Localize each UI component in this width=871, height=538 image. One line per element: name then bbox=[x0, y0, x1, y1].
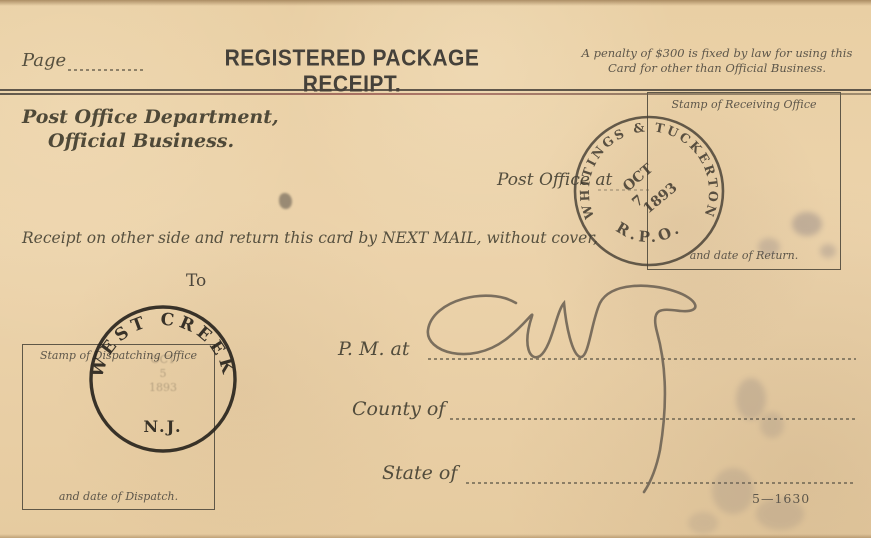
penalty-notice-line2: Card for other than Official Business. bbox=[568, 61, 866, 76]
ink-smudge bbox=[756, 498, 804, 530]
state-label: State of bbox=[382, 462, 457, 484]
penalty-notice-line1: A penalty of $300 is fixed by law for us… bbox=[568, 46, 866, 61]
page-label: Page bbox=[22, 50, 66, 71]
to-label: To bbox=[186, 271, 206, 291]
pm-at-label: P. M. at bbox=[338, 338, 410, 360]
ink-smudge bbox=[760, 412, 784, 438]
county-blank-line bbox=[450, 418, 856, 420]
west-creek-postmark: WEST CREEK N.J. OCT 5 1893 bbox=[85, 301, 241, 457]
ink-smudge bbox=[758, 238, 780, 256]
rpo-postmark-date-month: OCT bbox=[620, 161, 657, 195]
page-blank-line bbox=[68, 69, 146, 71]
page-label-text: Page bbox=[22, 50, 66, 71]
department-line1: Post Office Department, bbox=[22, 106, 279, 128]
county-label: County of bbox=[352, 398, 445, 420]
ink-smudge bbox=[792, 212, 822, 236]
rpo-postmark-bottom-arc: R.P.O. bbox=[613, 218, 686, 246]
ink-smudge bbox=[820, 244, 836, 258]
west-creek-date-month: OCT bbox=[151, 353, 176, 366]
svg-text:R.P.O.: R.P.O. bbox=[613, 218, 686, 246]
department-line2: Official Business. bbox=[48, 130, 234, 152]
registered-package-receipt-card: Page REGISTERED PACKAGE RECEIPT. A penal… bbox=[0, 0, 871, 538]
receiving-box-top-label: Stamp of Receiving Office bbox=[648, 98, 840, 111]
west-creek-date-year: 1893 bbox=[149, 381, 177, 394]
state-blank-line bbox=[466, 482, 856, 484]
card-bottom-edge bbox=[0, 534, 871, 538]
rpo-postmark-date-year: 1893 bbox=[640, 180, 680, 217]
instruction-text: Receipt on other side and return this ca… bbox=[22, 229, 598, 247]
ink-smudge bbox=[279, 193, 292, 209]
ink-smudge bbox=[712, 468, 754, 514]
ink-smudge bbox=[688, 512, 718, 534]
rpo-postmark-whitings-tuckerton: WHITINGS & TUCKERTON R.P.O. OCT 7 1893 bbox=[570, 112, 728, 270]
ink-smudge bbox=[736, 378, 766, 420]
penalty-notice: A penalty of $300 is fixed by law for us… bbox=[568, 46, 866, 76]
west-creek-state-text: N.J. bbox=[143, 417, 182, 436]
west-creek-date-day: 5 bbox=[160, 367, 167, 380]
pm-at-blank-line bbox=[428, 358, 856, 360]
card-top-edge bbox=[0, 0, 871, 6]
dispatch-box-bottom-label: and date of Dispatch. bbox=[23, 490, 214, 503]
